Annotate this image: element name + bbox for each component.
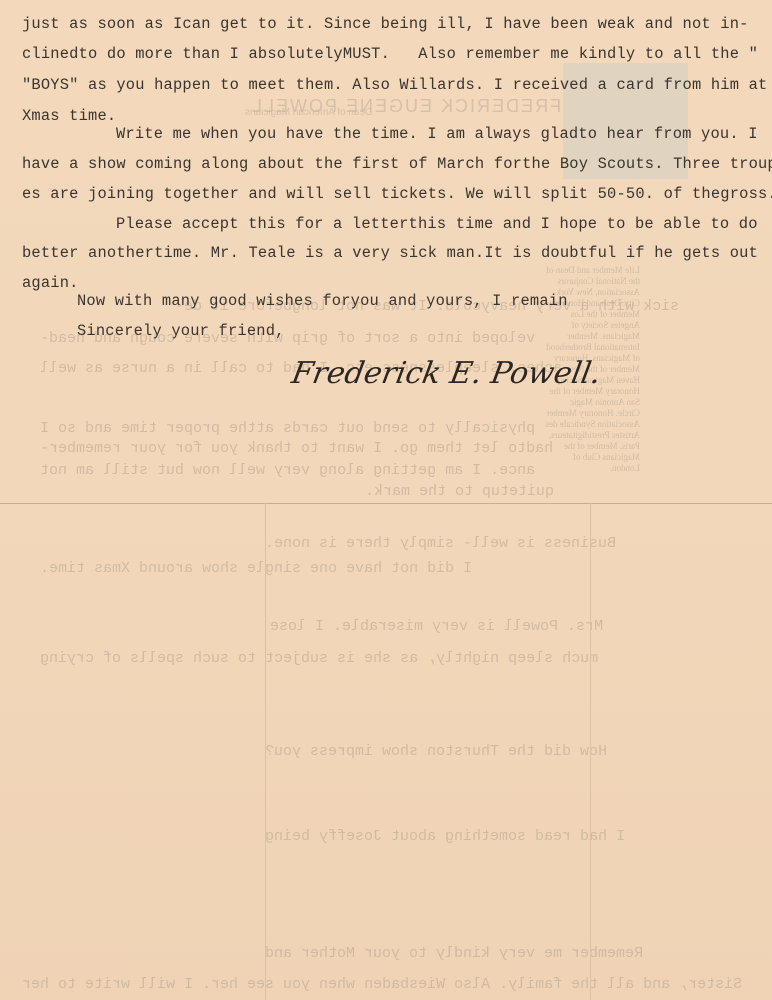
letter-line: es are joining together and will sell ti…: [22, 185, 772, 203]
showthrough-line: hadto let them go. I want to thank you f…: [40, 440, 553, 457]
showthrough-line: Mrs. Powell is very miserable. I lose: [270, 618, 603, 635]
showthrough-line: physically to send out cards atthe prope…: [40, 420, 535, 437]
letter-line: Xmas time.: [22, 107, 116, 125]
showthrough-line: Business is well- simply there is none.: [265, 535, 616, 552]
letter-line: Sincerely your friend,: [77, 322, 285, 340]
fold-line: [0, 503, 772, 504]
showthrough-line: I had read something about Joseffy being: [265, 828, 625, 845]
letter-page: FREDERICK EUGENE POWELL Dean of American…: [0, 0, 772, 1000]
showthrough-line: much sleep nightly, as she is subject to…: [40, 650, 598, 667]
letter-line: Write me when you have the time. I am al…: [116, 125, 758, 143]
letter-line: again.: [22, 274, 79, 292]
showthrough-line: I did not have one single show around Xm…: [40, 560, 472, 577]
letter-line: clinedto do more than I absolutelyMUST. …: [22, 45, 758, 63]
showthrough-line: quitetup to the mark.: [365, 483, 554, 500]
signature: Frederick E. Powell.: [289, 356, 604, 391]
showthrough-line: ance. I am getting along very well now b…: [40, 462, 535, 479]
showthrough-line: How did the Thurston show impress you?: [265, 743, 607, 760]
letter-line: just as soon as Ican get to it. Since be…: [22, 15, 749, 33]
vertical-fold: [265, 503, 266, 1000]
showthrough-subhead: Dean of American Magicians: [245, 107, 372, 118]
letter-line: "BOYS" as you happen to meet them. Also …: [22, 76, 767, 94]
letter-line: Please accept this for a letterthis time…: [116, 215, 758, 233]
letter-line: better anothertime. Mr. Teale is a very …: [22, 244, 758, 262]
letter-line: Now with many good wishes foryou and you…: [77, 292, 568, 310]
showthrough-line: Remember me very kindly to your Mother a…: [265, 945, 643, 962]
letter-line: have a show coming along about the first…: [22, 155, 772, 173]
vertical-fold: [590, 503, 591, 1000]
showthrough-line: Sister, and all the family. Also Wiesbad…: [22, 976, 742, 993]
